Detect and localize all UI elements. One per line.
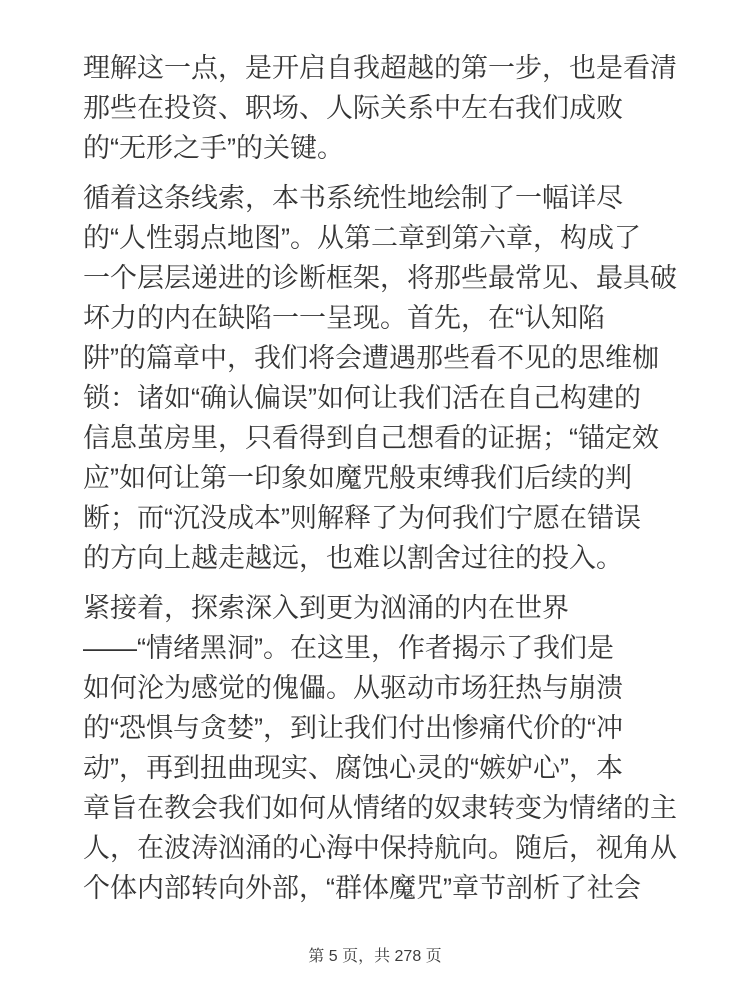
text-line: 紧接着，探索深入到更为汹涌的内在世界: [83, 588, 680, 628]
text-line: 理解这一点，是开启自我超越的第一步，也是看清: [83, 48, 680, 88]
text-line: 应”如何让第一印象如魔咒般束缚我们后续的判: [83, 458, 680, 498]
paragraph-1: 理解这一点，是开启自我超越的第一步，也是看清 那些在投资、职场、人际关系中左右我…: [83, 48, 680, 168]
text-line: 信息茧房里，只看得到自己想看的证据；“锚定效: [83, 418, 680, 458]
text-line: 的“恐惧与贪婪”，到让我们付出惨痛代价的“冲: [83, 708, 680, 748]
text-block: 理解这一点，是开启自我超越的第一步，也是看清 那些在投资、职场、人际关系中左右我…: [83, 48, 680, 918]
text-line: 个体内部转向外部，“群体魔咒”章节剖析了社会: [83, 868, 680, 908]
text-line: 动”，再到扭曲现实、腐蚀心灵的“嫉妒心”，本: [83, 748, 680, 788]
text-line: 的“无形之手”的关键。: [83, 128, 680, 168]
text-line: 如何沦为感觉的傀儡。从驱动市场狂热与崩溃: [83, 668, 680, 708]
text-line: 断；而“沉没成本”则解释了为何我们宁愿在错误: [83, 498, 680, 538]
paragraph-2: 循着这条线索，本书系统性地绘制了一幅详尽 的“人性弱点地图”。从第二章到第六章，…: [83, 178, 680, 578]
text-line: 循着这条线索，本书系统性地绘制了一幅详尽: [83, 178, 680, 218]
text-line: 人，在波涛汹涌的心海中保持航向。随后，视角从: [83, 828, 680, 868]
text-line: 的“人性弱点地图”。从第二章到第六章，构成了: [83, 218, 680, 258]
text-line: 的方向上越走越远，也难以割舍过往的投入。: [83, 538, 680, 578]
text-line: 那些在投资、职场、人际关系中左右我们成败: [83, 88, 680, 128]
page-indicator: 第 5 页，共 278 页: [0, 946, 750, 968]
text-line: 一个层层递进的诊断框架，将那些最常见、最具破: [83, 258, 680, 298]
document-page: 理解这一点，是开启自我超越的第一步，也是看清 那些在投资、职场、人际关系中左右我…: [0, 0, 750, 1000]
text-line: 坏力的内在缺陷一一呈现。首先，在“认知陷: [83, 298, 680, 338]
text-line: 章旨在教会我们如何从情绪的奴隶转变为情绪的主: [83, 788, 680, 828]
text-line: 锁：诸如“确认偏误”如何让我们活在自己构建的: [83, 378, 680, 418]
text-line: ——“情绪黑洞”。在这里，作者揭示了我们是: [83, 628, 680, 668]
text-line: 阱”的篇章中，我们将会遭遇那些看不见的思维枷: [83, 338, 680, 378]
paragraph-3: 紧接着，探索深入到更为汹涌的内在世界 ——“情绪黑洞”。在这里，作者揭示了我们是…: [83, 588, 680, 908]
